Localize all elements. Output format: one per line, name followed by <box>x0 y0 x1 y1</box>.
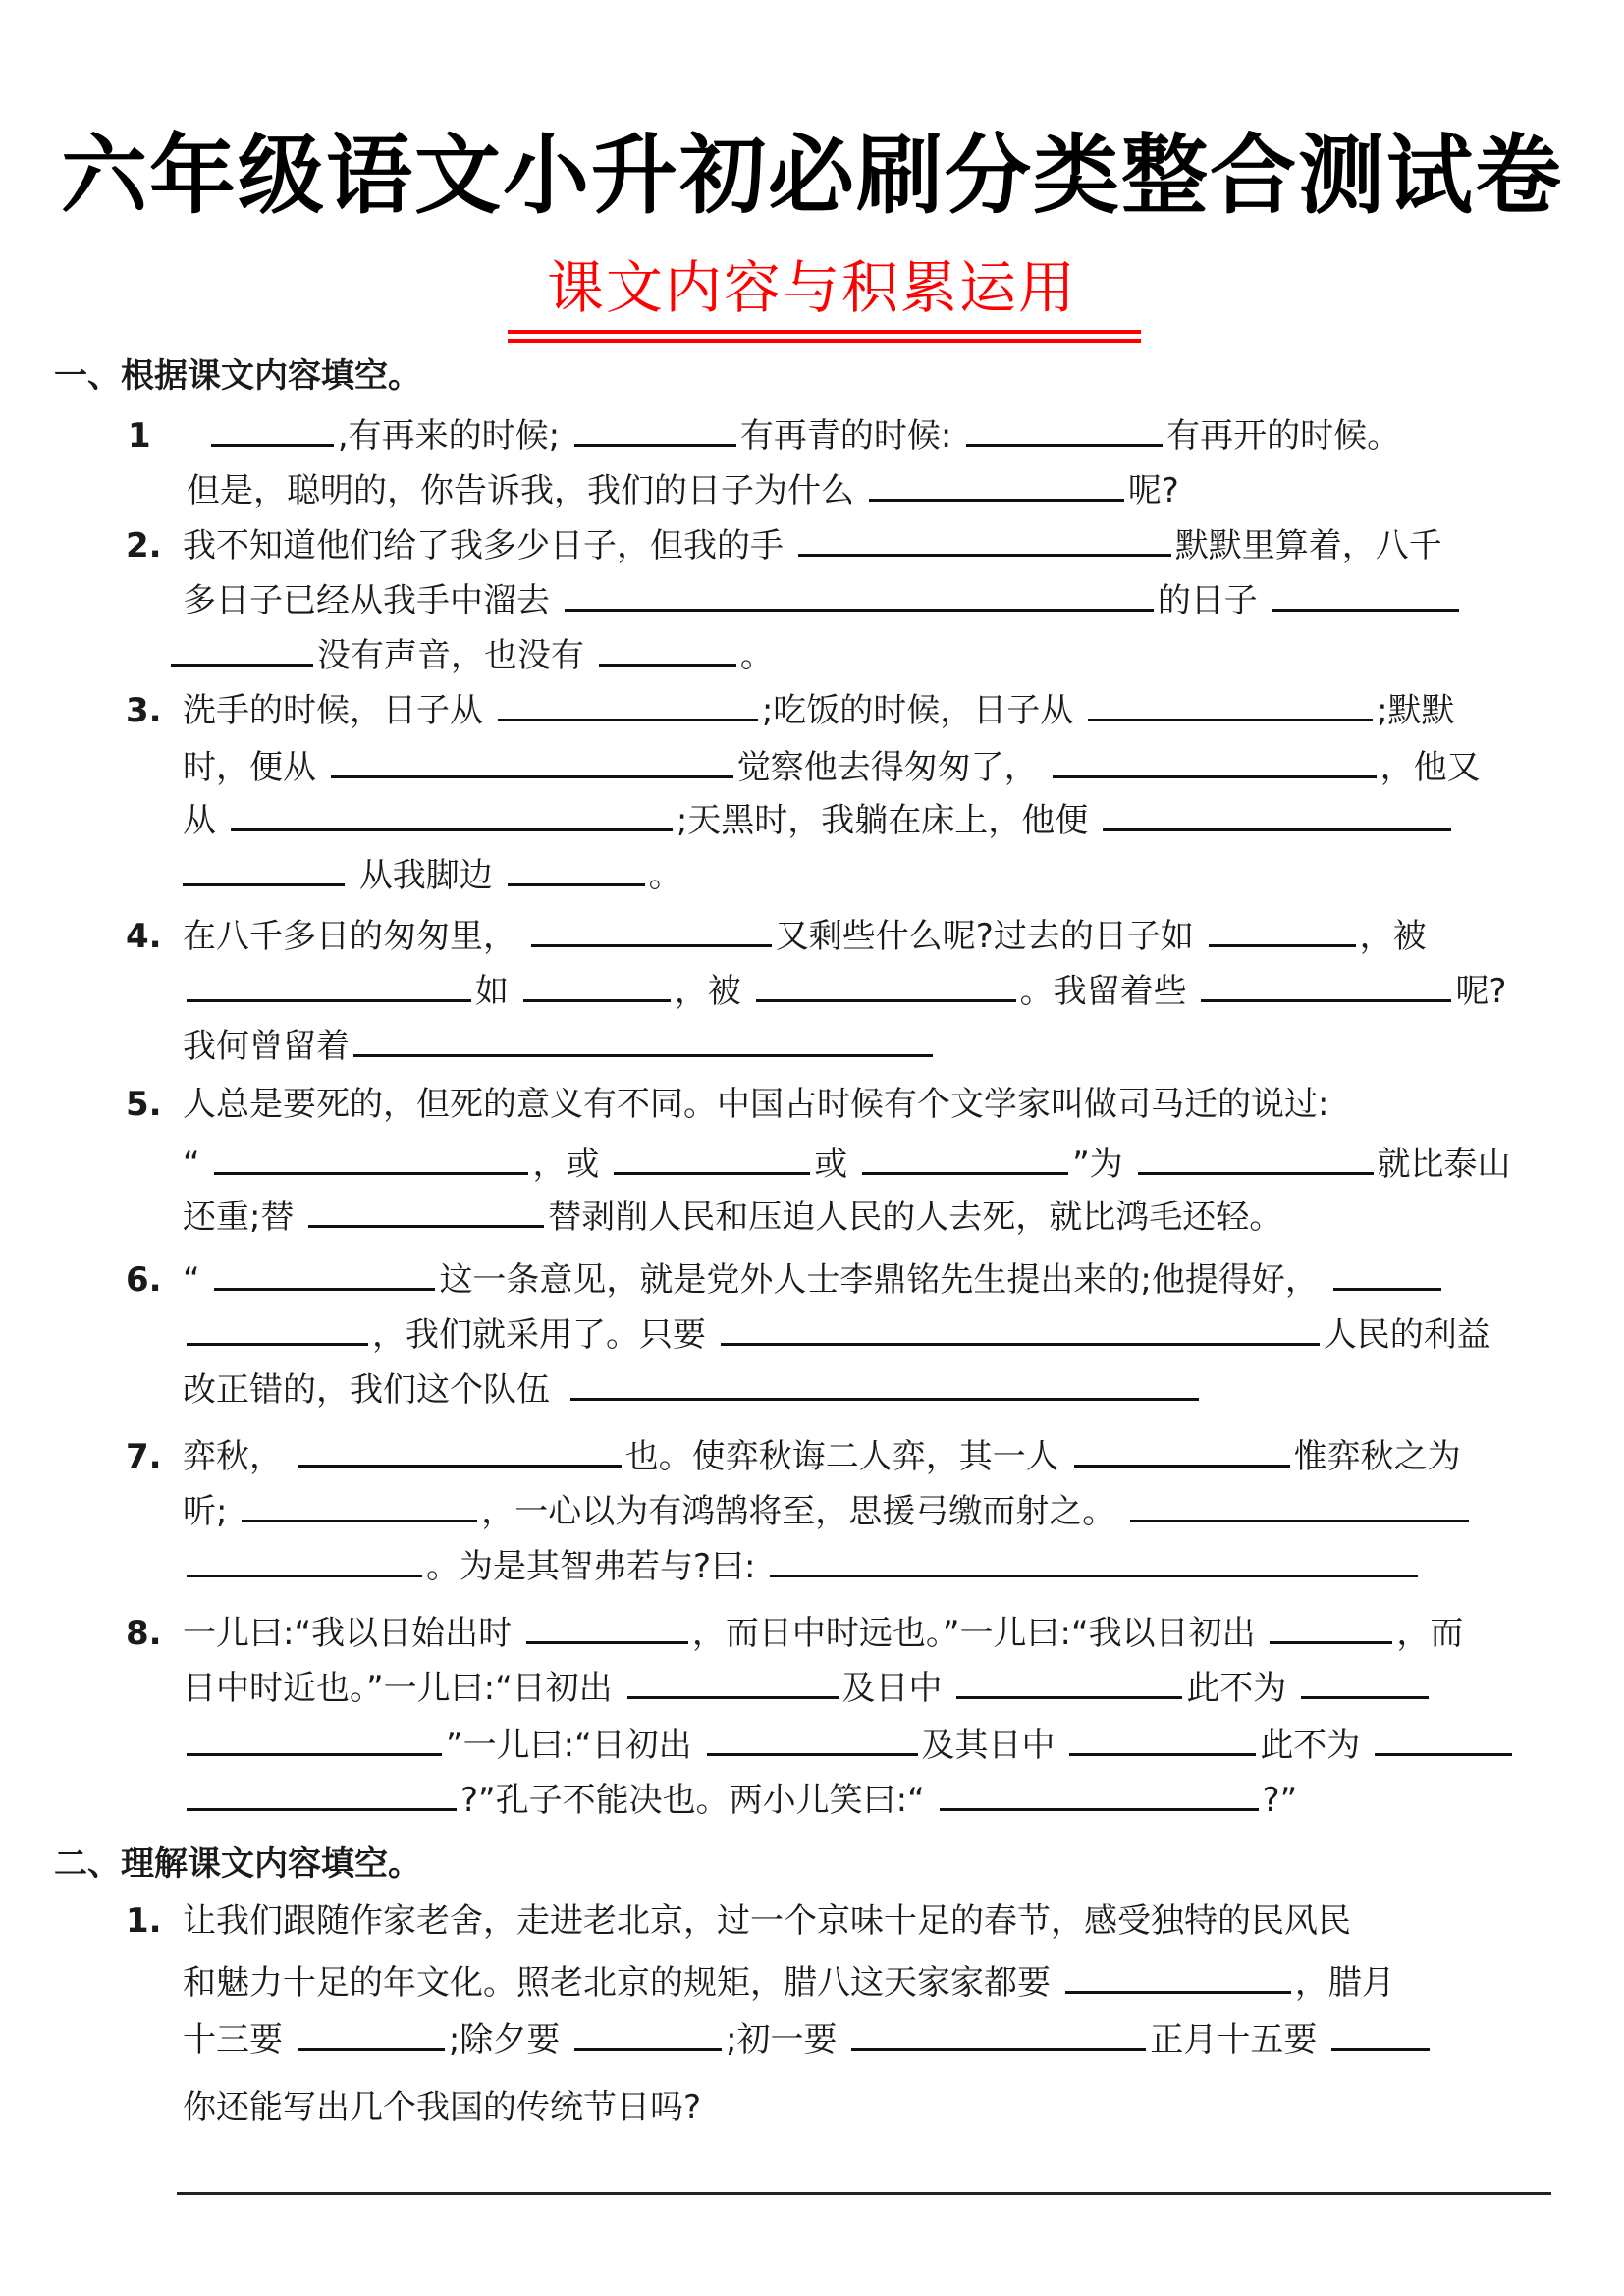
s2-q1-line-1: 1.让我们跟随作家老舍，走进老北京，过一个京味十足的春节，感受独特的民风民 <box>126 1898 1351 1944</box>
q3-line-1: 3.洗手的时候，日子从 ;吃饭的时候，日子从 ;默默 <box>126 685 1455 733</box>
question-number: 3. <box>126 688 183 733</box>
text: ，被 <box>675 972 741 1011</box>
subtitle-underline-top <box>508 330 1141 334</box>
text: 和魅力十足的年文化。照老北京的规矩，腊八这天家家都要 <box>183 1963 1051 2002</box>
q2-line-1: 2.我不知道他们给了我多少日子，但我的手 默默里算着，八千 <box>126 520 1442 568</box>
text: 听; <box>183 1492 227 1531</box>
blank-input[interactable] <box>614 1139 810 1175</box>
question-number: 7. <box>126 1434 183 1479</box>
text: 呢? <box>1455 972 1506 1011</box>
blank-input[interactable] <box>526 1608 688 1644</box>
text: ，一心以为有鸿鹄将至，思援弓缴而射之。 <box>481 1492 1115 1531</box>
q7-line-2: 听; ，一心以为有鸿鹄将至，思援弓缴而射之。 <box>183 1486 1473 1534</box>
text: 人民的利益 <box>1324 1315 1490 1355</box>
blank-input[interactable] <box>214 1255 435 1291</box>
blank-input[interactable] <box>1138 1139 1374 1175</box>
blank-input[interactable] <box>1069 1720 1256 1756</box>
text: 我何曾留着 <box>183 1027 350 1066</box>
text: ，而日中时远也。”一儿曰:“我以日初出 <box>692 1614 1256 1653</box>
blank-input[interactable] <box>187 1309 368 1346</box>
q1-line-1: 1 ,有再来的时候; 有再青的时候: 有再开的时候。 <box>128 410 1400 458</box>
question-number: 1. <box>126 1898 183 1944</box>
blank-input[interactable] <box>574 410 736 447</box>
blank-input[interactable] <box>214 1139 528 1175</box>
blank-input[interactable] <box>1065 1957 1291 1994</box>
text: 没有声音，也没有 <box>317 636 584 675</box>
text: 如 <box>475 972 509 1011</box>
blank-input[interactable] <box>531 911 772 947</box>
blank-input[interactable] <box>1130 1486 1469 1522</box>
text: ，被 <box>1360 917 1427 956</box>
text: “ <box>183 1145 200 1184</box>
s2-q1-line-2: 和魅力十足的年文化。照老北京的规矩，腊八这天家家都要 ，腊月 <box>183 1957 1395 2005</box>
text: 但是，聪明的，你告诉我，我们的日子为什么 <box>187 471 854 510</box>
section-2-heading: 二、理解课文内容填空。 <box>54 1842 421 1887</box>
blank-input[interactable] <box>187 1775 457 1811</box>
blank-input[interactable] <box>851 2014 1146 2051</box>
text: ;初一要 <box>726 2020 837 2059</box>
text: 时，便从 <box>183 748 316 787</box>
q3-line-2: 时，便从 觉察他去得匆匆了， ，他又 <box>183 742 1481 790</box>
text: ，腊月 <box>1295 1963 1395 2002</box>
q4-line-1: 4.在八千多日的匆匆里， 又剩些什么呢?过去的日子如 ，被 <box>126 911 1427 959</box>
text: 的日子 <box>1158 581 1258 620</box>
text: 。我留着些 <box>1020 972 1187 1011</box>
blank-input[interactable] <box>1053 742 1377 778</box>
subtitle-underline-bottom <box>508 339 1141 343</box>
text: 十三要 <box>183 2020 283 2059</box>
blank-input[interactable] <box>231 795 673 831</box>
blank-input[interactable] <box>187 966 471 1002</box>
q6-line-2: ，我们就采用了。只要 人民的利益 <box>183 1309 1490 1358</box>
blank-input[interactable] <box>171 630 313 667</box>
blank-input[interactable] <box>1270 1608 1392 1644</box>
text: 觉察他去得匆匆了， <box>737 748 1038 787</box>
blank-input[interactable] <box>353 1021 933 1057</box>
text: 我不知道他们给了我多少日子，但我的手 <box>183 526 784 565</box>
q8-line-3: ”一儿曰:“日初出 及其日中 此不为 <box>183 1720 1516 1768</box>
blank-input[interactable] <box>599 630 736 667</box>
blank-input[interactable] <box>1209 911 1356 947</box>
q5-line-3: 还重;替 替剥削人民和压迫人民的人去死，就比鸿毛还轻。 <box>183 1192 1282 1240</box>
blank-input[interactable] <box>1103 795 1451 831</box>
blank-input[interactable] <box>1331 2014 1430 2051</box>
blank-input[interactable] <box>187 1541 422 1577</box>
blank-input[interactable] <box>1375 1720 1512 1756</box>
text: 一儿曰:“我以日始出时 <box>183 1614 512 1653</box>
q7-line-3: 。为是其智弗若与?曰: <box>183 1541 1422 1589</box>
blank-input[interactable] <box>1301 1663 1429 1699</box>
text: ,有再来的时候; <box>338 416 560 455</box>
page-subtitle: 课文内容与积累运用 <box>0 253 1624 322</box>
text: 改正错的，我们这个队伍 <box>183 1370 550 1410</box>
text: 人总是要死的，但死的意义有不同。中国古时候有个文学家叫做司马迁的说过: <box>183 1085 1328 1124</box>
blank-input[interactable] <box>331 742 733 778</box>
blank-input[interactable] <box>1088 685 1373 721</box>
blank-input[interactable] <box>242 1486 477 1522</box>
text: 。 <box>649 856 682 895</box>
blank-input[interactable] <box>956 1663 1182 1699</box>
q8-line-2: 日中时近也。”一儿曰:“日初出 及日中 此不为 <box>183 1663 1433 1711</box>
blank-input[interactable] <box>308 1192 544 1228</box>
q2-line-2: 多日子已经从我手中溜去 的日子 <box>183 575 1463 623</box>
text: 弈秋， <box>183 1437 283 1476</box>
question-number: 5. <box>126 1082 183 1127</box>
blank-input[interactable] <box>1333 1255 1441 1291</box>
blank-input[interactable] <box>523 966 671 1002</box>
q4-line-3: 我何曾留着 <box>183 1021 937 1069</box>
text: 洗手的时候，日子从 <box>183 691 483 730</box>
q8-line-1: 8.一儿曰:“我以日始出时 ，而日中时远也。”一儿曰:“我以日初出 ，而 <box>126 1608 1463 1656</box>
text: 就比泰山 <box>1378 1145 1511 1184</box>
text: 又剩些什么呢?过去的日子如 <box>776 917 1194 956</box>
q7-line-1: 7.弈秋， 也。使弈秋诲二人弈，其一人 惟弈秋之为 <box>126 1431 1461 1479</box>
text: 呢? <box>1128 471 1179 510</box>
text: 。为是其智弗若与?曰: <box>426 1547 756 1586</box>
blank-input[interactable] <box>940 1775 1259 1811</box>
text: 默默里算着，八千 <box>1175 526 1442 565</box>
text: 日中时近也。”一儿曰:“日初出 <box>183 1669 613 1708</box>
q8-line-4: ?”孔子不能决也。两小儿笑曰:“ ?” <box>183 1775 1297 1823</box>
text: ?”孔子不能决也。两小儿笑曰:“ <box>460 1781 925 1820</box>
text: 从我脚边 <box>359 856 493 895</box>
blank-input[interactable] <box>508 850 645 886</box>
blank-input[interactable] <box>1272 575 1459 612</box>
text: 及其日中 <box>922 1726 1056 1765</box>
text: ”一儿曰:“日初出 <box>446 1726 692 1765</box>
blank-input[interactable] <box>1074 1431 1290 1468</box>
text: ;吃饭的时候，日子从 <box>762 691 1073 730</box>
text: ”为 <box>1072 1145 1123 1184</box>
text: 让我们跟随作家老舍，走进老北京，过一个京味十足的春节，感受独特的民风民 <box>183 1901 1351 1941</box>
text: ?” <box>1263 1781 1298 1820</box>
text: 还重;替 <box>183 1198 294 1237</box>
section-1-heading: 一、根据课文内容填空。 <box>54 353 421 399</box>
q1-line-2: 但是，聪明的，你告诉我，我们的日子为什么 呢? <box>187 465 1179 513</box>
text: 惟弈秋之为 <box>1294 1437 1461 1476</box>
q3-line-4: 从我脚边 。 <box>179 850 682 898</box>
blank-input[interactable] <box>869 465 1124 502</box>
q6-line-1: 6.“ 这一条意见，就是党外人士李鼎铭先生提出来的;他提得好， <box>126 1255 1445 1303</box>
q2-line-3: 没有声音，也没有 。 <box>167 630 774 678</box>
text: 替剥削人民和压迫人民的人去死，就比鸿毛还轻。 <box>548 1198 1282 1237</box>
blank-input[interactable] <box>721 1309 1320 1346</box>
question-number: 1 <box>128 413 196 458</box>
text: 也。使弈秋诲二人弈，其一人 <box>625 1437 1059 1476</box>
blank-input[interactable] <box>574 2014 722 2051</box>
s2-q1-line-4: 你还能写出几个我国的传统节日吗? <box>183 2085 701 2130</box>
text: 这一条意见，就是党外人士李鼎铭先生提出来的;他提得好， <box>439 1260 1318 1300</box>
question-number: 2. <box>126 523 183 568</box>
q3-line-3: 从 ;天黑时，我躺在床上，他便 <box>183 795 1455 843</box>
blank-input[interactable] <box>707 1720 918 1756</box>
blank-input[interactable] <box>187 1720 442 1756</box>
text: 此不为 <box>1260 1726 1360 1765</box>
page-title: 六年级语文小升初必刷分类整合测试卷 <box>0 126 1624 224</box>
question-number: 8. <box>126 1611 183 1656</box>
text: 多日子已经从我手中溜去 <box>183 581 550 620</box>
text: ;默默 <box>1377 691 1454 730</box>
blank-input[interactable] <box>770 1541 1418 1577</box>
answer-line[interactable] <box>177 2192 1551 2195</box>
blank-input[interactable] <box>1201 966 1451 1002</box>
text: 或 <box>814 1145 847 1184</box>
blank-input[interactable] <box>862 1139 1068 1175</box>
blank-input[interactable] <box>966 410 1163 447</box>
text: ，而 <box>1396 1614 1463 1653</box>
blank-input[interactable] <box>498 685 758 721</box>
text: ，他又 <box>1380 748 1481 787</box>
text: 。 <box>740 636 774 675</box>
text: 在八千多日的匆匆里， <box>183 917 516 956</box>
text: ，我们就采用了。只要 <box>372 1315 706 1355</box>
text: 及日中 <box>842 1669 943 1708</box>
text: 正月十五要 <box>1150 2020 1317 2059</box>
blank-input[interactable] <box>298 2014 445 2051</box>
blank-input[interactable] <box>565 575 1154 612</box>
blank-input[interactable] <box>570 1364 1199 1401</box>
text: ;除夕要 <box>449 2020 560 2059</box>
q4-line-2: 如 ，被 。我留着些 呢? <box>183 966 1506 1014</box>
text: ;天黑时，我躺在床上，他便 <box>677 801 1088 840</box>
blank-input[interactable] <box>298 1431 622 1468</box>
blank-input[interactable] <box>798 520 1171 557</box>
question-number: 4. <box>126 914 183 959</box>
text: 有再青的时候: <box>740 416 951 455</box>
s2-q1-line-3: 十三要 ;除夕要 ;初一要 正月十五要 <box>183 2014 1434 2062</box>
text: 从 <box>183 801 216 840</box>
question-number: 6. <box>126 1257 183 1303</box>
blank-input[interactable] <box>627 1663 839 1699</box>
q5-line-1: 5.人总是要死的，但死的意义有不同。中国古时候有个文学家叫做司马迁的说过: <box>126 1082 1328 1127</box>
q6-line-3: 改正错的，我们这个队伍 <box>183 1364 1203 1413</box>
q5-line-2: “ ，或 或 ”为 就比泰山 <box>183 1139 1511 1187</box>
text: ，或 <box>532 1145 599 1184</box>
text: 你还能写出几个我国的传统节日吗? <box>183 2088 701 2127</box>
text: “ <box>183 1260 200 1300</box>
blank-input[interactable] <box>756 966 1016 1002</box>
text: 有再开的时候。 <box>1166 416 1400 455</box>
text: 此不为 <box>1186 1669 1286 1708</box>
blank-input[interactable] <box>211 410 334 447</box>
blank-input[interactable] <box>183 850 345 886</box>
